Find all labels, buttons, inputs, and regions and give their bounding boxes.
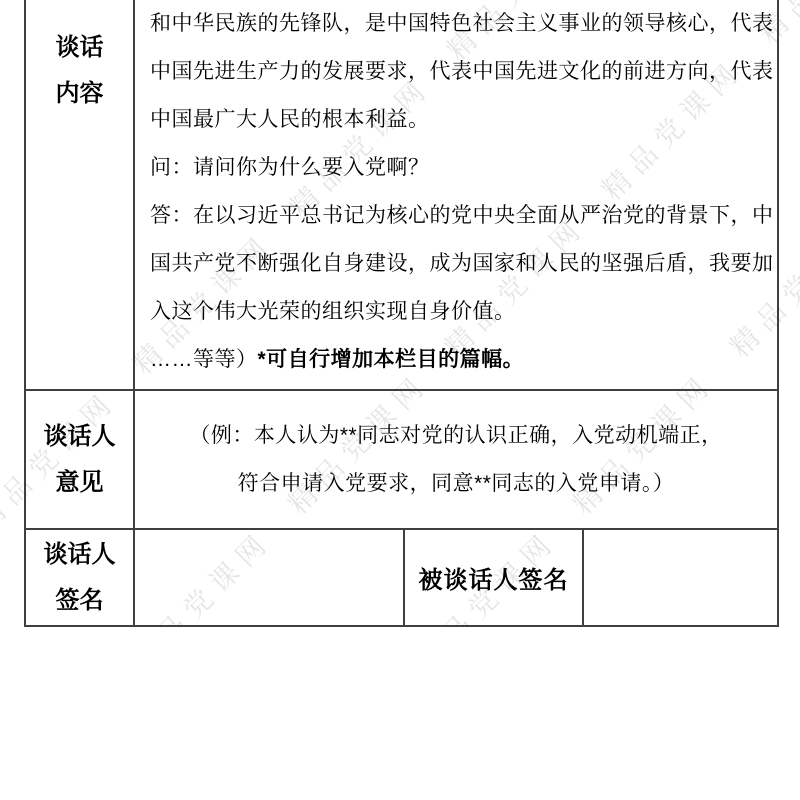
table-row-signatures: 谈话人 签名 被谈话人签名 xyxy=(26,530,777,625)
talk-content-line: 入这个伟大光荣的组织实现自身价值。 xyxy=(150,288,774,336)
talk-content-line: 中国最广大人民的根本利益。 xyxy=(150,96,774,144)
row-header-signature-line1: 谈话人 xyxy=(26,532,133,578)
interviewee-signature-field xyxy=(584,530,777,625)
talk-content-line: 中国先进生产力的发展要求，代表中国先进文化的前进方向，代表 xyxy=(150,48,774,96)
talk-content-etc-text: ……等等） xyxy=(150,348,258,371)
talk-content-cell: 和中华民族的先锋队，是中国特色社会主义事业的领导核心，代表 中国先进生产力的发展… xyxy=(135,0,780,389)
opinion-line: （例：本人认为**同志对党的认识正确，入党动机端正， xyxy=(135,412,777,460)
table-row-interviewer-opinion: 谈话人 意见 （例：本人认为**同志对党的认识正确，入党动机端正， 符合申请入党… xyxy=(26,391,777,530)
row-header-talk-content: 谈话 内容 xyxy=(26,0,135,389)
talk-record-table: 谈话 内容 和中华民族的先锋队，是中国特色社会主义事业的领导核心，代表 中国先进… xyxy=(24,0,779,627)
talk-content-last-line: ……等等）*可自行增加本栏目的篇幅。 xyxy=(150,336,774,384)
row-header-interviewer-opinion: 谈话人 意见 xyxy=(26,391,135,528)
row-header-talk-content-line1: 谈话 xyxy=(26,25,133,71)
interviewer-opinion-cell: （例：本人认为**同志对党的认识正确，入党动机端正， 符合申请入党要求，同意**… xyxy=(135,391,777,528)
row-header-interviewer-signature: 谈话人 签名 xyxy=(26,530,135,625)
talk-content-note-bold: *可自行增加本栏目的篇幅。 xyxy=(258,348,525,371)
row-header-talk-content-line2: 内容 xyxy=(26,71,133,117)
opinion-line: 符合申请入党要求，同意**同志的入党申请。） xyxy=(135,460,777,508)
row-header-opinion-line1: 谈话人 xyxy=(26,414,133,460)
table-row-talk-content: 谈话 内容 和中华民族的先锋队，是中国特色社会主义事业的领导核心，代表 中国先进… xyxy=(26,0,777,391)
talk-content-line: 和中华民族的先锋队，是中国特色社会主义事业的领导核心，代表 xyxy=(150,0,774,48)
interviewer-signature-field xyxy=(135,530,405,625)
row-header-opinion-line2: 意见 xyxy=(26,460,133,506)
talk-content-line: 答：在以习近平总书记为核心的党中央全面从严治党的背景下，中 xyxy=(150,192,774,240)
interviewee-signature-label: 被谈话人签名 xyxy=(405,530,584,625)
talk-content-line: 国共产党不断强化自身建设，成为国家和人民的坚强后盾，我要加 xyxy=(150,240,774,288)
talk-content-line: 问：请问你为什么要入党啊？ xyxy=(150,144,774,192)
document-page: 精品党课网 精品党课网 精品党课网 精品党课网 精品党课网 精品党课网 精品党课… xyxy=(0,0,800,800)
row-header-signature-line2: 签名 xyxy=(26,578,133,624)
